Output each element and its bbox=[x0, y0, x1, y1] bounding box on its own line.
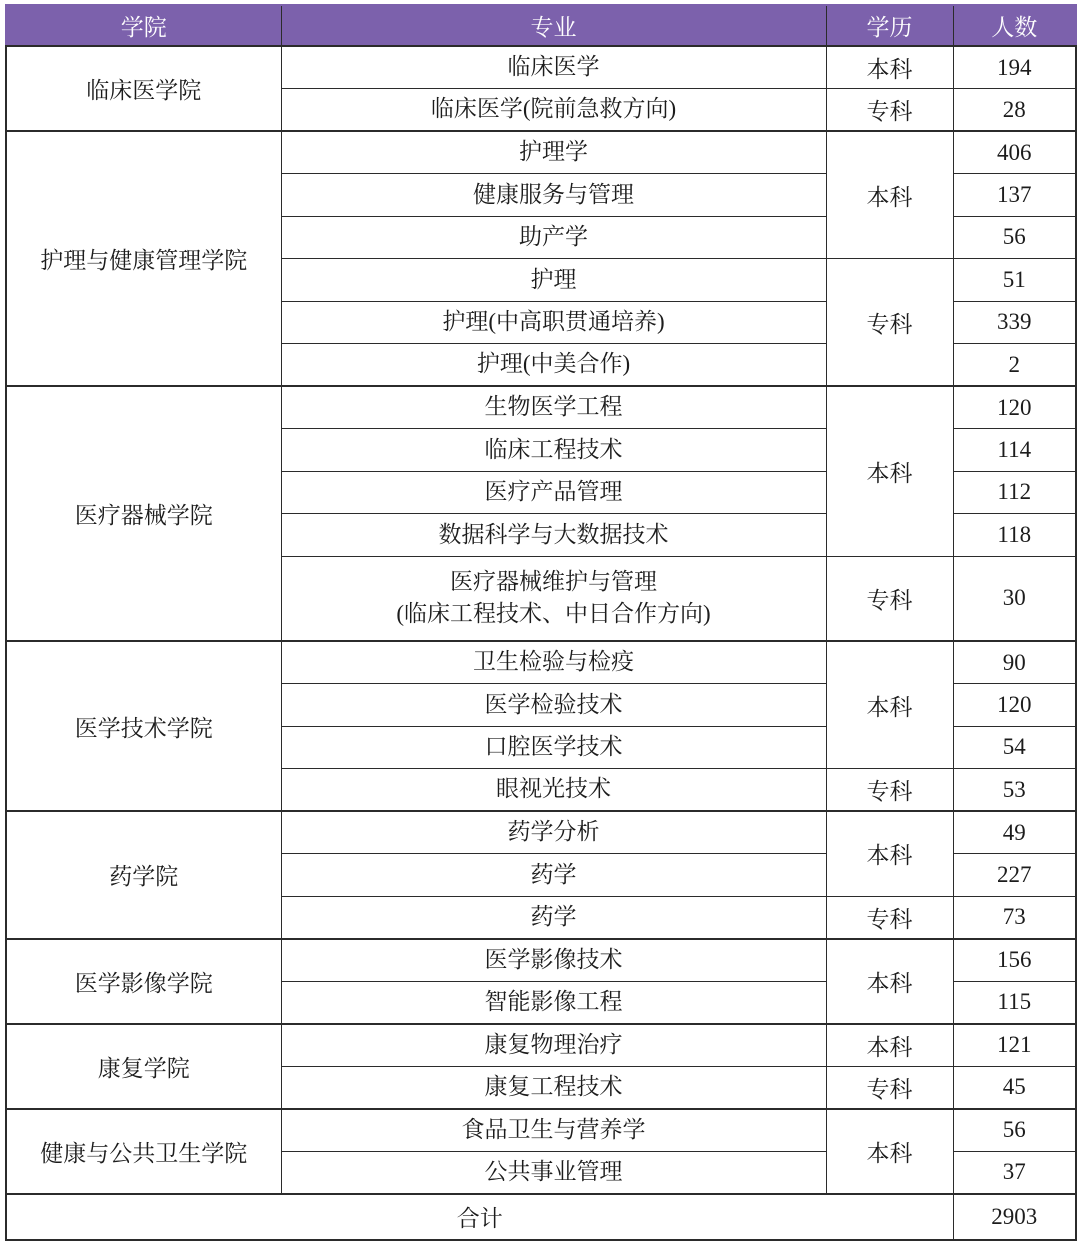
count-cell: 112 bbox=[953, 471, 1076, 514]
major-cell: 药学 bbox=[281, 896, 826, 939]
major-cell: 医学检验技术 bbox=[281, 684, 826, 727]
count-cell: 49 bbox=[953, 811, 1076, 854]
degree-cell: 专科 bbox=[826, 896, 953, 939]
count-cell: 73 bbox=[953, 896, 1076, 939]
table-row: 康复学院 康复物理治疗 本科 121 bbox=[6, 1024, 1076, 1067]
college-cell: 康复学院 bbox=[6, 1024, 281, 1109]
table-row: 医学技术学院 卫生检验与检疫 本科 90 bbox=[6, 641, 1076, 684]
count-cell: 114 bbox=[953, 429, 1076, 472]
degree-cell: 专科 bbox=[826, 89, 953, 132]
degree-cell: 本科 bbox=[826, 811, 953, 896]
major-cell: 食品卫生与营养学 bbox=[281, 1109, 826, 1152]
major-cell: 护理(中美合作) bbox=[281, 344, 826, 387]
major-cell: 药学 bbox=[281, 854, 826, 897]
count-cell: 56 bbox=[953, 1109, 1076, 1152]
table-row: 药学院 药学分析 本科 49 bbox=[6, 811, 1076, 854]
college-cell: 临床医学院 bbox=[6, 46, 281, 131]
major-cell: 助产学 bbox=[281, 216, 826, 259]
degree-cell: 本科 bbox=[826, 386, 953, 556]
enrollment-table: 学院 专业 学历 人数 临床医学院 临床医学 本科 194 临床医学(院前急救方… bbox=[5, 4, 1077, 1241]
major-cell: 临床医学(院前急救方向) bbox=[281, 89, 826, 132]
count-cell: 53 bbox=[953, 769, 1076, 812]
col-header-degree: 学历 bbox=[826, 5, 953, 46]
degree-cell: 本科 bbox=[826, 131, 953, 259]
degree-cell: 专科 bbox=[826, 556, 953, 641]
table-row: 健康与公共卫生学院 食品卫生与营养学 本科 56 bbox=[6, 1109, 1076, 1152]
count-cell: 118 bbox=[953, 514, 1076, 557]
total-label-cell: 合计 bbox=[6, 1194, 953, 1240]
count-cell: 156 bbox=[953, 939, 1076, 982]
table-row: 护理与健康管理学院 护理学 本科 406 bbox=[6, 131, 1076, 174]
count-cell: 2 bbox=[953, 344, 1076, 387]
major-cell: 智能影像工程 bbox=[281, 981, 826, 1024]
major-cell: 数据科学与大数据技术 bbox=[281, 514, 826, 557]
count-cell: 115 bbox=[953, 981, 1076, 1024]
count-cell: 54 bbox=[953, 726, 1076, 769]
college-cell: 护理与健康管理学院 bbox=[6, 131, 281, 386]
major-cell: 医疗产品管理 bbox=[281, 471, 826, 514]
major-cell: 健康服务与管理 bbox=[281, 174, 826, 217]
header-row: 学院 专业 学历 人数 bbox=[6, 5, 1076, 46]
count-cell: 137 bbox=[953, 174, 1076, 217]
count-cell: 30 bbox=[953, 556, 1076, 641]
major-cell: 康复物理治疗 bbox=[281, 1024, 826, 1067]
college-cell: 药学院 bbox=[6, 811, 281, 939]
count-cell: 194 bbox=[953, 46, 1076, 89]
major-cell: 公共事业管理 bbox=[281, 1151, 826, 1194]
major-cell: 药学分析 bbox=[281, 811, 826, 854]
table-row: 医疗器械学院 生物医学工程 本科 120 bbox=[6, 386, 1076, 429]
count-cell: 28 bbox=[953, 89, 1076, 132]
table-row: 临床医学院 临床医学 本科 194 bbox=[6, 46, 1076, 89]
count-cell: 90 bbox=[953, 641, 1076, 684]
major-cell: 临床医学 bbox=[281, 46, 826, 89]
major-cell: 生物医学工程 bbox=[281, 386, 826, 429]
count-cell: 406 bbox=[953, 131, 1076, 174]
major-cell: 医疗器械维护与管理 (临床工程技术、中日合作方向) bbox=[281, 556, 826, 641]
college-cell: 医疗器械学院 bbox=[6, 386, 281, 641]
degree-cell: 本科 bbox=[826, 1024, 953, 1067]
total-row: 合计 2903 bbox=[6, 1194, 1076, 1240]
col-header-count: 人数 bbox=[953, 5, 1076, 46]
table-row: 医学影像学院 医学影像技术 本科 156 bbox=[6, 939, 1076, 982]
major-cell: 康复工程技术 bbox=[281, 1066, 826, 1109]
count-cell: 339 bbox=[953, 301, 1076, 344]
count-cell: 51 bbox=[953, 259, 1076, 302]
degree-cell: 专科 bbox=[826, 259, 953, 387]
count-cell: 45 bbox=[953, 1066, 1076, 1109]
college-cell: 医学技术学院 bbox=[6, 641, 281, 811]
degree-cell: 本科 bbox=[826, 641, 953, 769]
col-header-major: 专业 bbox=[281, 5, 826, 46]
major-cell: 护理 bbox=[281, 259, 826, 302]
major-cell: 口腔医学技术 bbox=[281, 726, 826, 769]
count-cell: 56 bbox=[953, 216, 1076, 259]
major-cell: 护理学 bbox=[281, 131, 826, 174]
col-header-college: 学院 bbox=[6, 5, 281, 46]
college-cell: 健康与公共卫生学院 bbox=[6, 1109, 281, 1194]
count-cell: 227 bbox=[953, 854, 1076, 897]
major-cell: 医学影像技术 bbox=[281, 939, 826, 982]
major-cell: 卫生检验与检疫 bbox=[281, 641, 826, 684]
degree-cell: 专科 bbox=[826, 769, 953, 812]
major-cell: 护理(中高职贯通培养) bbox=[281, 301, 826, 344]
count-cell: 120 bbox=[953, 386, 1076, 429]
degree-cell: 本科 bbox=[826, 1109, 953, 1194]
degree-cell: 专科 bbox=[826, 1066, 953, 1109]
major-cell: 眼视光技术 bbox=[281, 769, 826, 812]
degree-cell: 本科 bbox=[826, 939, 953, 1024]
major-cell: 临床工程技术 bbox=[281, 429, 826, 472]
college-cell: 医学影像学院 bbox=[6, 939, 281, 1024]
count-cell: 121 bbox=[953, 1024, 1076, 1067]
count-cell: 37 bbox=[953, 1151, 1076, 1194]
count-cell: 120 bbox=[953, 684, 1076, 727]
total-value-cell: 2903 bbox=[953, 1194, 1076, 1240]
degree-cell: 本科 bbox=[826, 46, 953, 89]
